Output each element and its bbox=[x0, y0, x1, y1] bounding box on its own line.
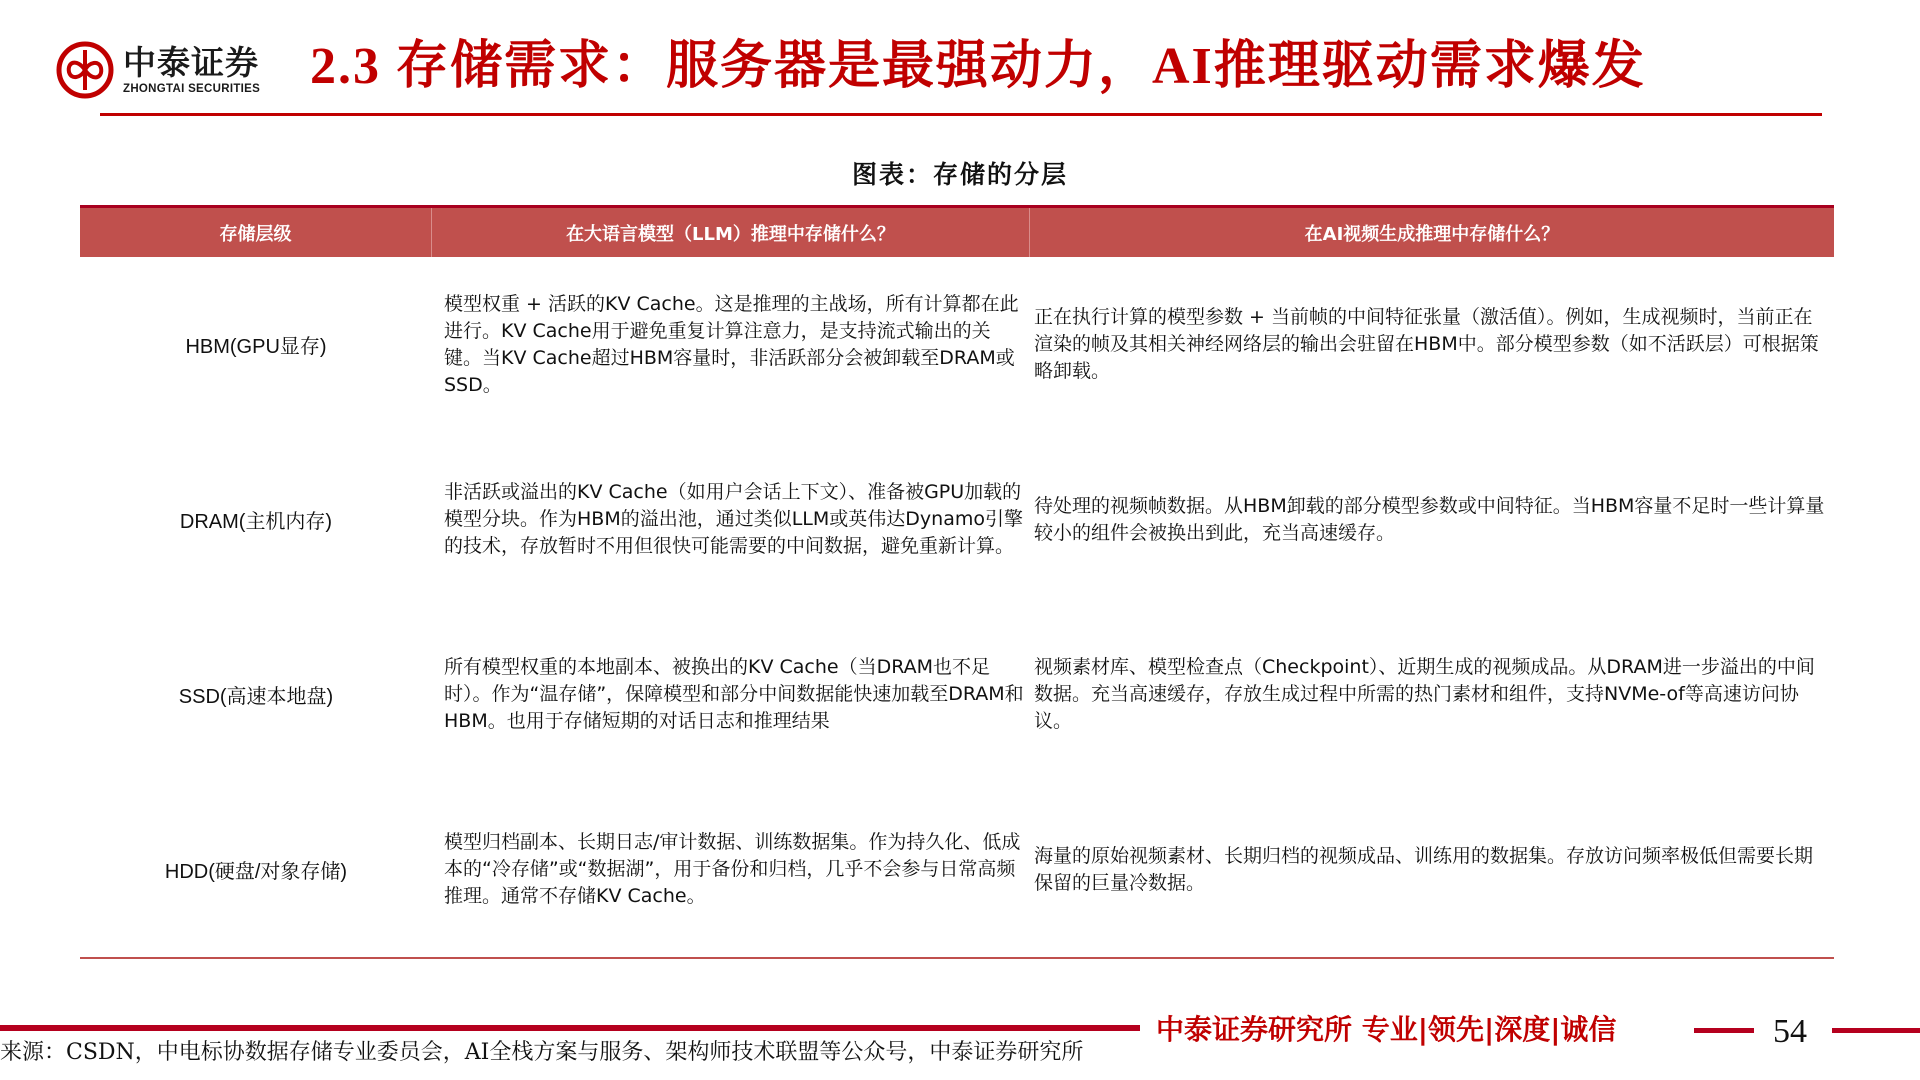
figure-caption: 图表：存储的分层 bbox=[0, 155, 1920, 191]
llm-storage-cell: 所有模型权重的本地副本、被换出的KV Cache（当DRAM也不足时）。作为“温… bbox=[432, 607, 1030, 782]
page-number: 54 bbox=[1752, 1010, 1828, 1054]
tier-label: HDD(硬盘/对象存储) bbox=[80, 782, 432, 957]
source-note: 来源：CSDN，中电标协数据存储专业委员会，AI全栈方案与服务、架构师技术联盟等… bbox=[0, 1036, 1083, 1070]
video-storage-cell: 视频素材库、模型检查点（Checkpoint）、近期生成的视频成品。从DRAM进… bbox=[1030, 607, 1834, 782]
table-row-dram: DRAM(主机内存) 非活跃或溢出的KV Cache（如用户会话上下文）、准备被… bbox=[80, 432, 1834, 607]
column-header-llm: 在大语言模型（LLM）推理中存储什么？ bbox=[432, 208, 1030, 257]
video-storage-cell: 正在执行计算的模型参数 + 当前帧的中间特征张量（激活值）。例如，生成视频时，当… bbox=[1030, 257, 1834, 432]
tier-label: DRAM(主机内存) bbox=[80, 432, 432, 607]
page-title: 2.3 存储需求：服务器是最强动力，AI推理驱动需求爆发 bbox=[310, 34, 1646, 100]
logo-name-en: ZHONGTAI SECURITIES bbox=[123, 83, 260, 95]
llm-storage-cell: 模型权重 + 活跃的KV Cache。这是推理的主战场，所有计算都在此进行。KV… bbox=[432, 257, 1030, 432]
column-header-video: 在AI视频生成推理中存储什么？ bbox=[1030, 208, 1834, 257]
footer-slogan: 中泰证券研究所 专业|领先|深度|诚信 bbox=[1156, 1010, 1616, 1050]
logo-name-cn: 中泰证券 bbox=[123, 45, 260, 81]
video-storage-cell: 海量的原始视频素材、长期归档的视频成品、训练用的数据集。存放访问频率极低但需要长… bbox=[1030, 782, 1834, 957]
table-row-hdd: HDD(硬盘/对象存储) 模型归档副本、长期日志/审计数据、训练数据集。作为持久… bbox=[80, 782, 1834, 957]
llm-storage-cell: 非活跃或溢出的KV Cache（如用户会话上下文）、准备被GPU加载的模型分块。… bbox=[432, 432, 1030, 607]
footer-divider-right bbox=[1832, 1028, 1920, 1033]
column-header-tier: 存储层级 bbox=[80, 208, 432, 257]
table-row-ssd: SSD(高速本地盘) 所有模型权重的本地副本、被换出的KV Cache（当DRA… bbox=[80, 607, 1834, 782]
table-bottom-border bbox=[80, 957, 1834, 959]
video-storage-cell: 待处理的视频帧数据。从HBM卸载的部分模型参数或中间特征。当HBM容量不足时一些… bbox=[1030, 432, 1834, 607]
zhongtai-logo-icon bbox=[55, 40, 115, 100]
llm-storage-cell: 模型归档副本、长期日志/审计数据、训练数据集。作为持久化、低成本的“冷存储”或“… bbox=[432, 782, 1030, 957]
storage-tier-table: 存储层级 在大语言模型（LLM）推理中存储什么？ 在AI视频生成推理中存储什么？… bbox=[80, 205, 1834, 959]
footer-divider-left bbox=[0, 1025, 1140, 1031]
tier-label: SSD(高速本地盘) bbox=[80, 607, 432, 782]
title-divider bbox=[100, 113, 1822, 116]
table-row-hbm: HBM(GPU显存) 模型权重 + 活跃的KV Cache。这是推理的主战场，所… bbox=[80, 257, 1834, 432]
company-logo: 中泰证券 ZHONGTAI SECURITIES bbox=[55, 38, 295, 102]
footer-divider-mid bbox=[1694, 1028, 1754, 1033]
table-header: 存储层级 在大语言模型（LLM）推理中存储什么？ 在AI视频生成推理中存储什么？ bbox=[80, 205, 1834, 257]
tier-label: HBM(GPU显存) bbox=[80, 257, 432, 432]
